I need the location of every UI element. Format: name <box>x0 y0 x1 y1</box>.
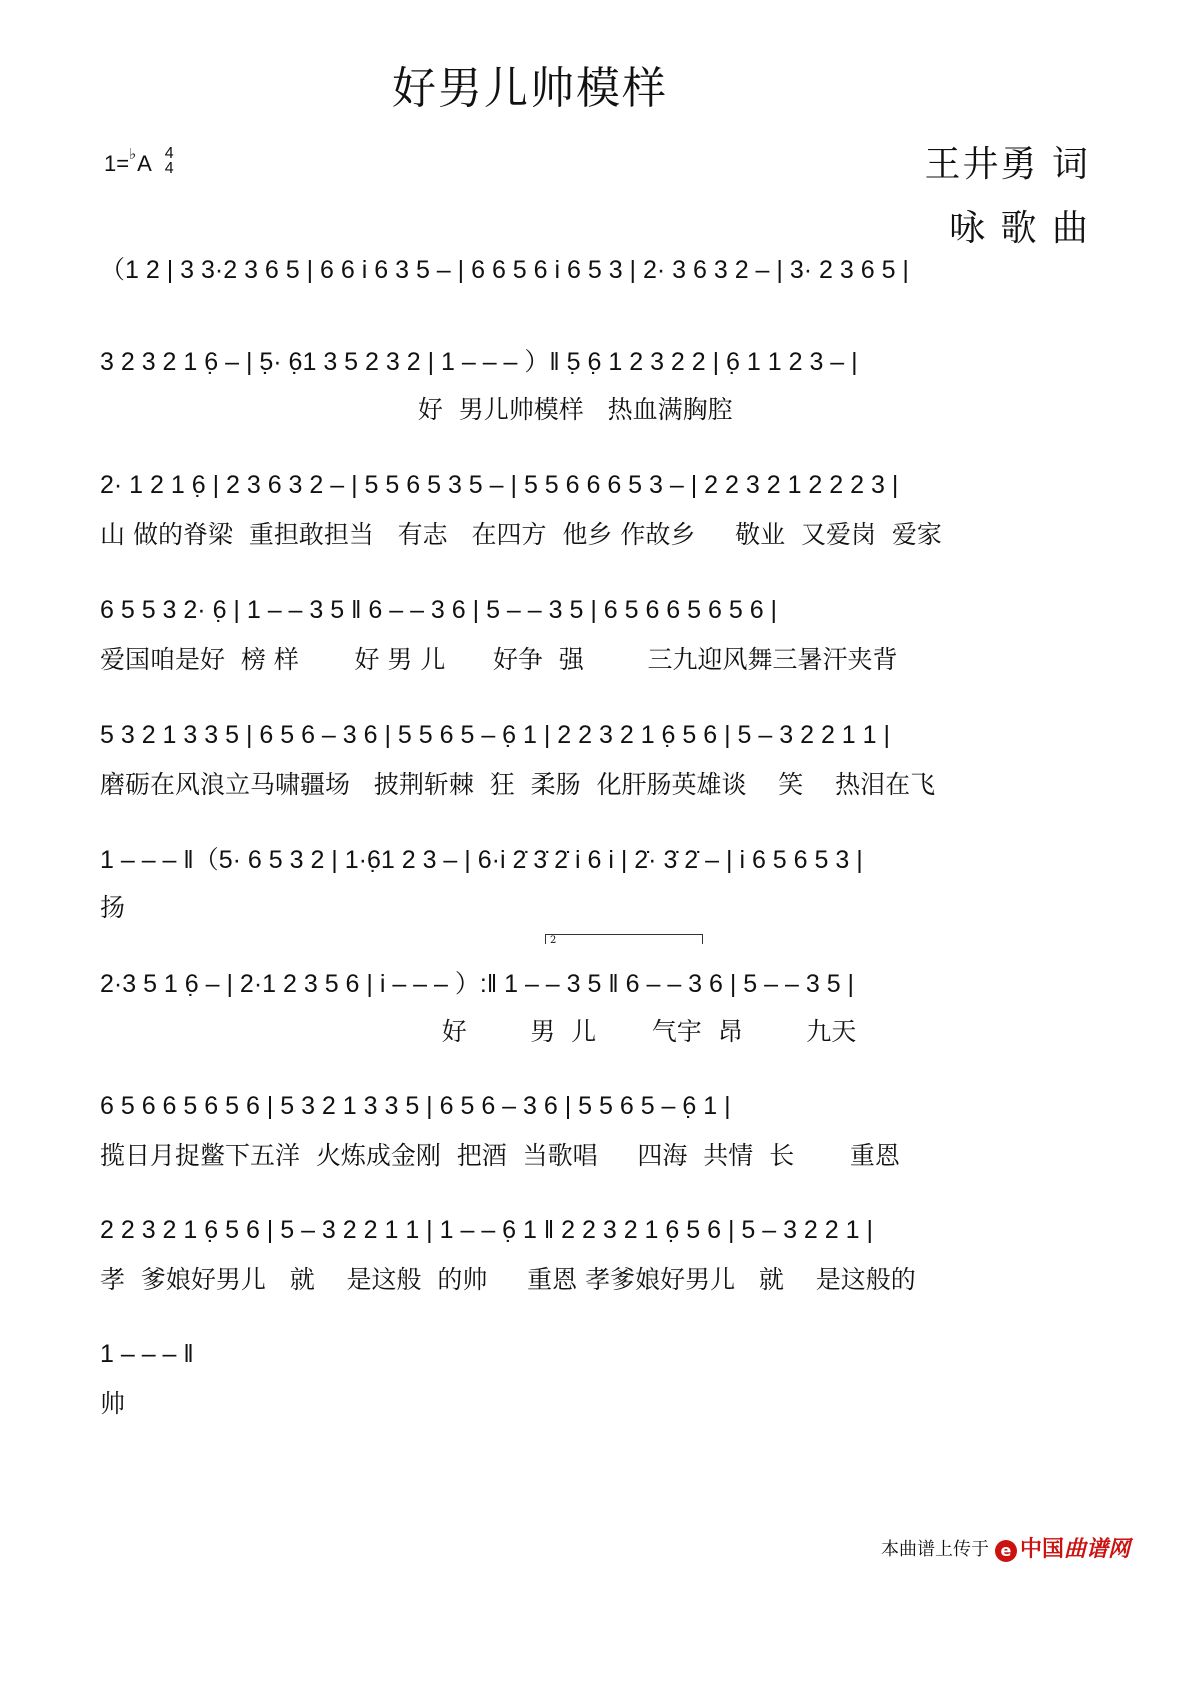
logo-cn: 中国 <box>1020 1537 1064 1562</box>
lyrics-line: 帅 <box>100 1384 1100 1420</box>
lyrics-line: 揽日月捉鳖下五洋 火炼成金刚 把酒 当歌唱 四海 共情 长 重恩 <box>100 1136 1100 1172</box>
notation-line: 6 5 6 6 5 6 5 6 | 5 3 2 1 3 3 5 | 6 5 6 … <box>100 1086 1100 1126</box>
time-signature: 4 4 <box>165 146 174 176</box>
flat-icon: ♭ <box>129 146 136 163</box>
notation-line: 6 5 5 3 2· 6̣ | 1 – – 3 5 ‖ 6 – – 3 6 | … <box>100 590 1100 630</box>
notation-line: （1 2 | 3 3·2 3 6 5 | 6 6 i 6 3 5 – | 6 6… <box>100 248 1100 288</box>
notation-line: 5 3 2 1 3 3 5 | 6 5 6 – 3 6 | 5 5 6 5 – … <box>100 715 1100 755</box>
lyrics-line: 磨砺在风浪立马啸疆场 披荆斩棘 狂 柔肠 化肝肠英雄谈 笑 热泪在飞 <box>100 765 1100 801</box>
notation-line: 2·3 5 1 6̣ – | 2·1 2 3 5 6 | i – – – ）:‖… <box>100 962 1100 1002</box>
notation-line: 1 – – – ‖（5· 6 5 3 2 | 1·6̣1 2 3 – | 6·i… <box>100 838 1100 878</box>
time-bottom: 4 <box>165 160 174 177</box>
notation-line: 1 – – – ‖ <box>100 1334 1100 1374</box>
lyrics-line: 扬 <box>100 888 1100 924</box>
upload-text: 本曲谱上传于 <box>881 1535 989 1561</box>
logo-e-icon: e <box>995 1540 1017 1562</box>
key-prefix: 1= <box>104 151 129 176</box>
site-logo[interactable]: e中国曲谱网 <box>995 1532 1130 1563</box>
notation-line: 2 2 3 2 1 6̣ 5 6 | 5 – 3 2 2 1 1 | 1 – –… <box>100 1210 1100 1250</box>
composer-credit: 咏 歌 曲 <box>949 200 1090 251</box>
lyrics-line: 山 做的脊梁 重担敢担当 有志 在四方 他乡 作故乡 敬业 又爱岗 爱家 <box>100 515 1100 551</box>
notation-line: 3 2 3 2 1 6̣ – | 5̣· 6̣1 3 5 2 3 2 | 1 –… <box>100 340 1100 380</box>
notation-line: 2· 1 2 1 6̣ | 2 3 6 3 2 – | 5 5 6 5 3 5 … <box>100 465 1100 505</box>
key-note: A <box>137 151 150 176</box>
song-title: 好男儿帅模样 <box>0 52 1060 116</box>
lyrics-line: 好 男儿帅模样 热血满胸腔 <box>100 390 1100 426</box>
footer-watermark: 本曲谱上传于 e中国曲谱网 <box>881 1532 1130 1563</box>
lyrics-line: 好 男 儿 气宇 昂 九天 <box>100 1012 1100 1048</box>
logo-site: 曲谱网 <box>1064 1537 1130 1562</box>
lyricist-credit: 王井勇 词 <box>925 136 1090 187</box>
volta-bracket-2: 2 <box>545 934 703 944</box>
key-signature: 1=♭A 4 4 <box>104 150 174 180</box>
lyrics-line: 爱国咱是好 榜 样 好 男 儿 好争 强 三九迎风舞三暑汗夹背 <box>100 640 1100 676</box>
lyrics-line: 孝 爹娘好男儿 就 是这般 的帅 重恩 孝爹娘好男儿 就 是这般的 <box>100 1260 1100 1296</box>
